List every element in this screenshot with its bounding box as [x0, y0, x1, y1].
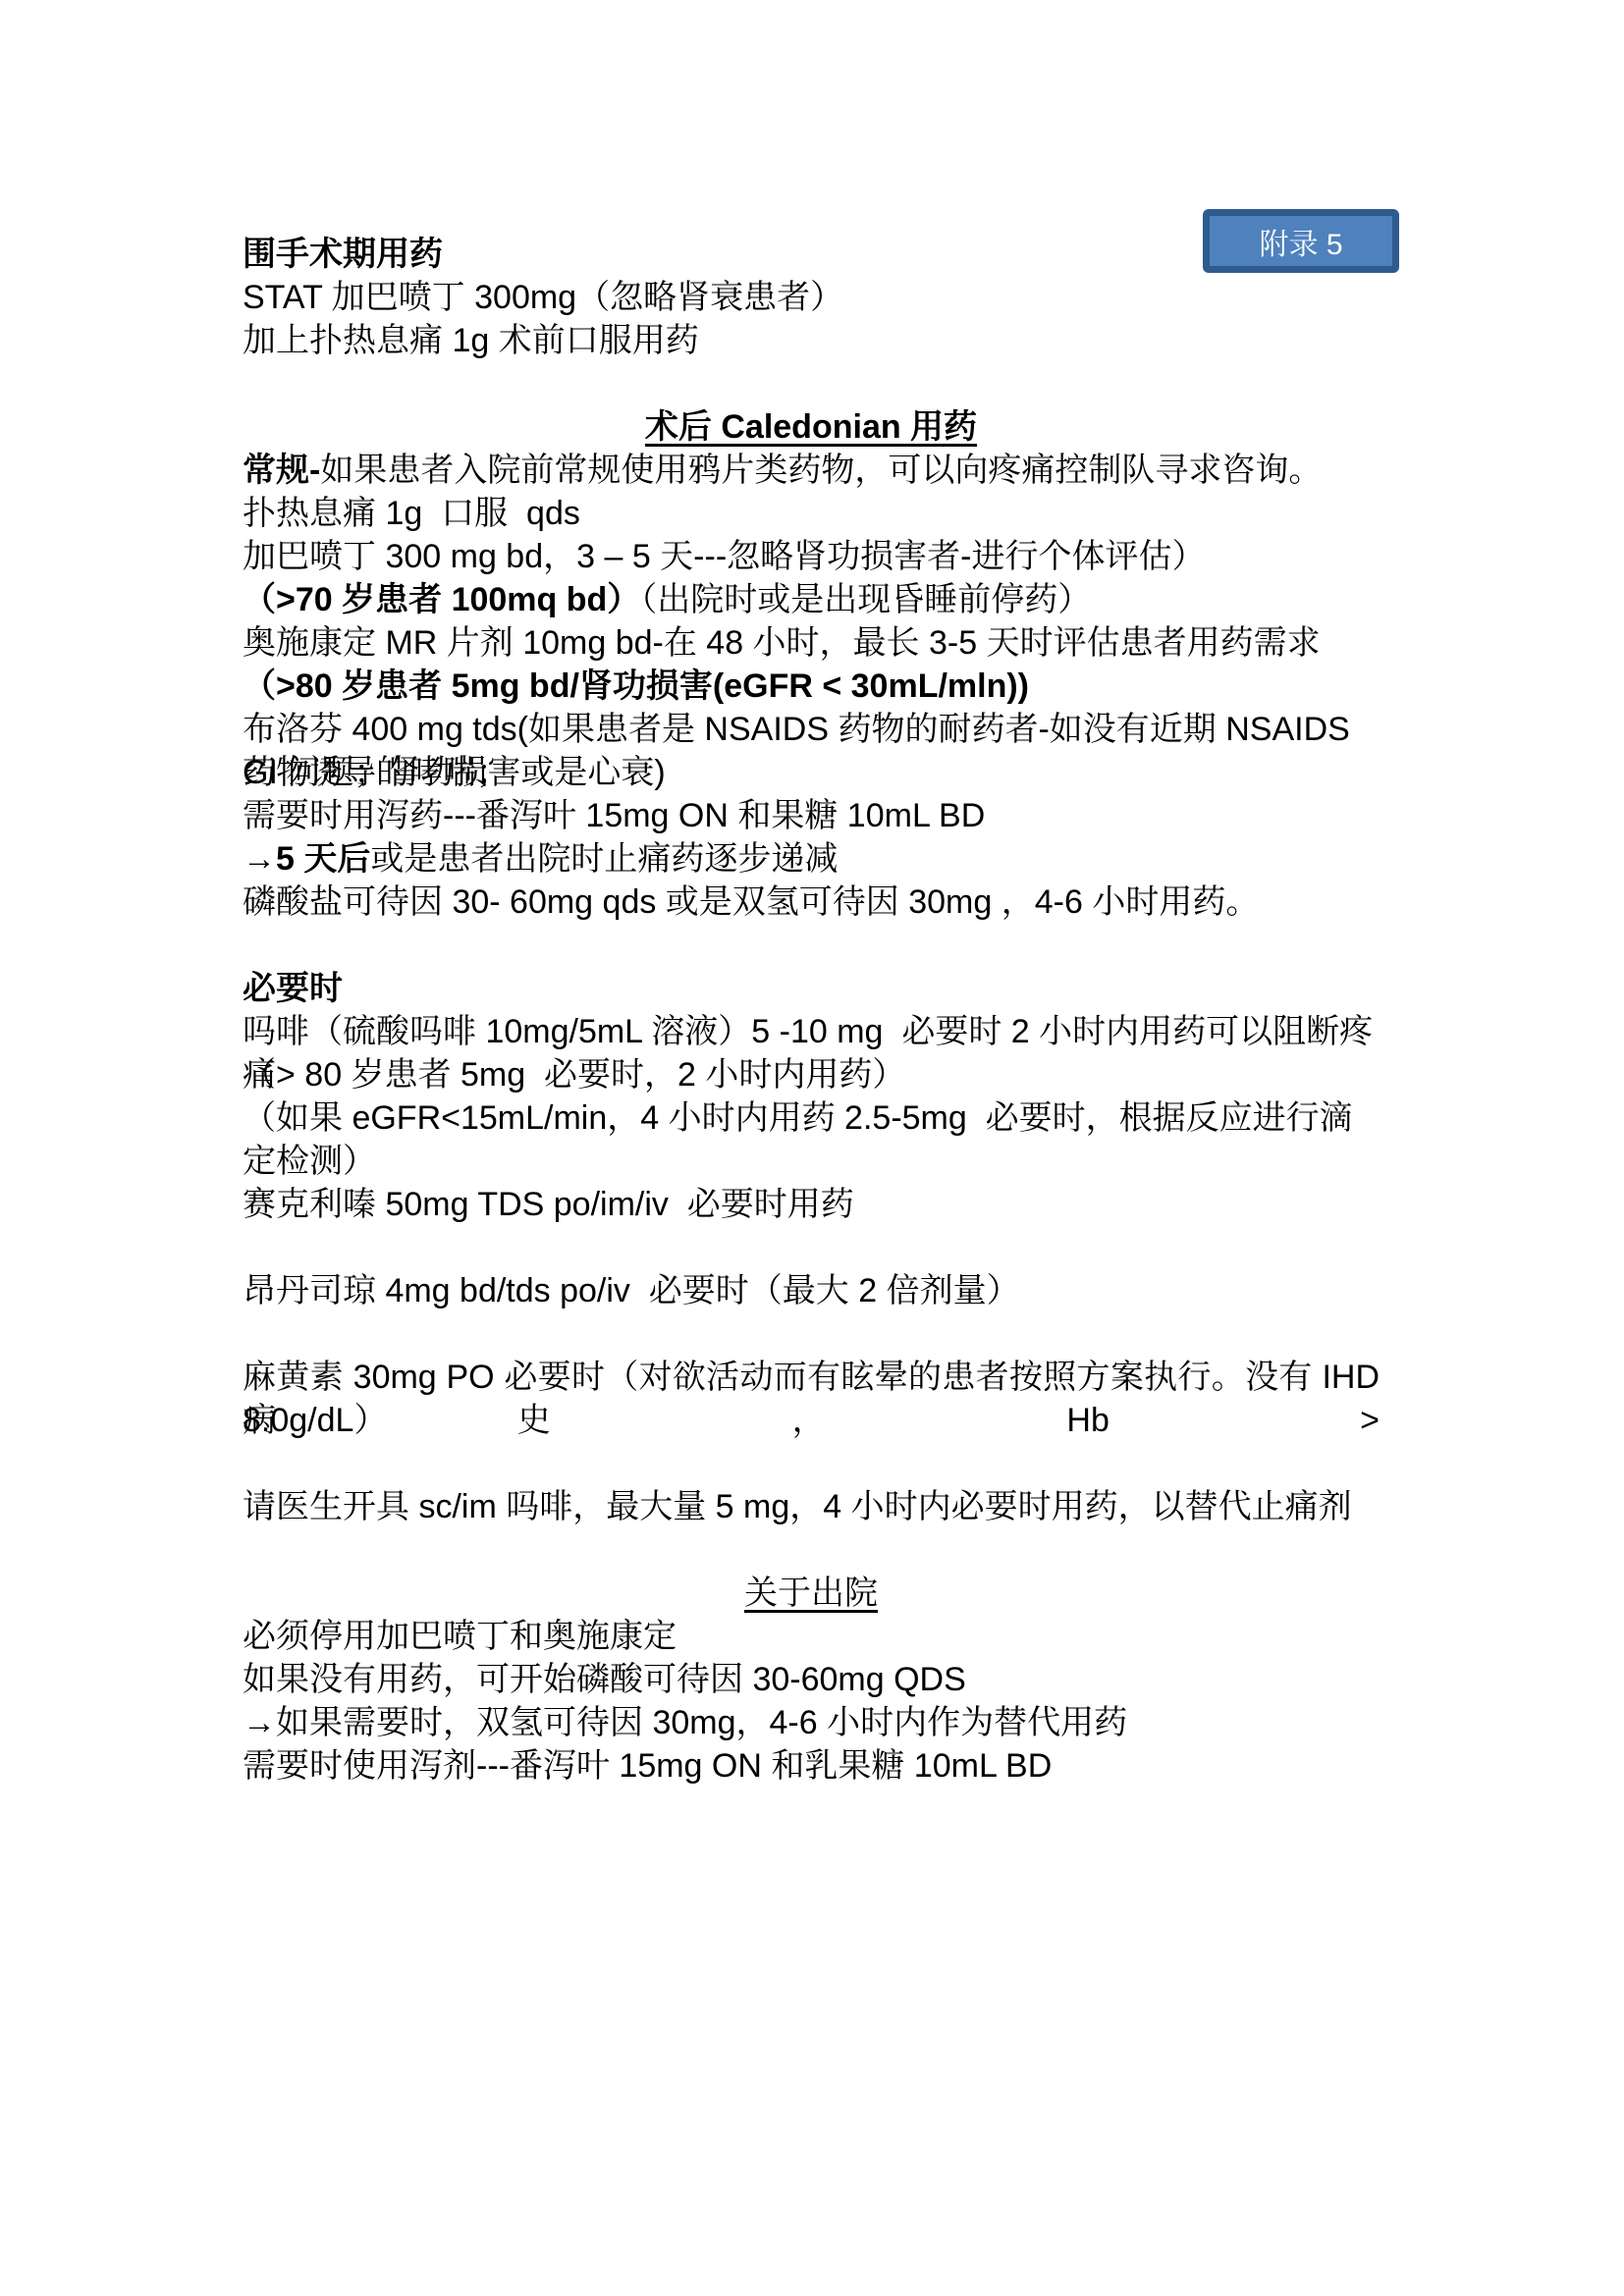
text-line: 吗啡（硫酸吗啡 10mg/5mL 溶液）5 -10 mg 必要时 2 小时内用药… — [243, 1010, 1380, 1053]
text-run: →如果需要时，双氢可待因 30mg，4-6 小时内作为替代用药 — [243, 1704, 1127, 1741]
text-line: 需要时用泻药---番泻叶 15mg ON 和果糖 10mL BD — [243, 794, 1380, 837]
text-line: 麻黄素 30mg PO 必要时（对欲活动而有眩晕的患者按照方案执行。没有 IHD… — [243, 1356, 1380, 1399]
text-line: 必须停用加巴喷丁和奥施康定 — [243, 1615, 1380, 1658]
text-run: （>80 岁患者 5mg bd/肾功损害(eGFR < 30mL/mln)) — [243, 667, 1029, 705]
blank-line — [243, 1312, 1380, 1356]
blank-line — [243, 1442, 1380, 1485]
text-line: （>80 岁患者 5mg bd/肾功损害(eGFR < 30mL/mln)) — [243, 665, 1380, 708]
blank-line — [243, 1528, 1380, 1572]
text-run: 如果没有用药，可开始磷酸可待因 30-60mg QDS — [243, 1661, 966, 1698]
text-run: 需要时使用泻剂---番泻叶 15mg ON 和乳果糖 10mL BD — [243, 1747, 1052, 1785]
document-body: 围手术期用药STAT 加巴喷丁 300mg（忽略肾衰患者）加上扑热息痛 1g 术… — [243, 233, 1380, 1788]
blank-line — [243, 362, 1380, 405]
text-run: 请医生开具 sc/im 吗啡，最大量 5 mg，4 小时内必要时用药，以替代止痛… — [243, 1488, 1352, 1525]
text-run: 围手术期用药 — [243, 236, 443, 273]
text-line: 加巴喷丁 300 mg bd，3 – 5 天---忽略肾功损害者-进行个体评估） — [243, 535, 1380, 578]
text-run: STAT 加巴喷丁 300mg（忽略肾衰患者） — [243, 279, 843, 316]
text-run: 奥施康定 MR 片剂 10mg bd-在 48 小时，最长 3-5 天时评估患者… — [243, 624, 1321, 662]
text-run: 常规- — [243, 452, 320, 489]
blank-line — [243, 924, 1380, 967]
text-run: 必要时 — [243, 970, 343, 1007]
text-run: 磷酸盐可待因 30- 60mg qds 或是双氢可待因 30mg ，4-6 小时… — [243, 883, 1259, 921]
text-line: 请医生开具 sc/im 吗啡，最大量 5 mg，4 小时内必要时用药，以替代止痛… — [243, 1485, 1380, 1528]
text-line: 加上扑热息痛 1g 术前口服用药 — [243, 319, 1380, 362]
text-run: 必须停用加巴喷丁和奥施康定 — [243, 1618, 677, 1655]
text-line: 常规-如果患者入院前常规使用鸦片类药物，可以向疼痛控制队寻求咨询。 — [243, 449, 1380, 492]
text-line: 如果没有用药，可开始磷酸可待因 30-60mg QDS — [243, 1658, 1380, 1701]
text-line: 磷酸盐可待因 30- 60mg qds 或是双氢可待因 30mg ，4-6 小时… — [243, 881, 1380, 924]
text-line: GI 问题；肾功损害或是心衰) — [243, 751, 1380, 794]
text-run: →5 天后 — [243, 840, 370, 878]
text-run: 扑热息痛 1g 口服 qds — [243, 495, 580, 532]
text-run: 术后 Caledonian 用药 — [645, 408, 977, 446]
text-line: （> 80 岁患者 5mg 必要时，2 小时内用药） — [243, 1053, 1380, 1096]
text-run: 加上扑热息痛 1g 术前口服用药 — [243, 322, 699, 359]
text-run: 关于出院 — [744, 1575, 878, 1612]
section-heading-discharge: 关于出院 — [243, 1572, 1380, 1615]
text-line: 昂丹司琼 4mg bd/tds po/iv 必要时（最大 2 倍剂量） — [243, 1269, 1380, 1312]
text-line: STAT 加巴喷丁 300mg（忽略肾衰患者） — [243, 276, 1380, 319]
section-heading-prn: 必要时 — [243, 967, 1380, 1010]
text-line: 奥施康定 MR 片剂 10mg bd-在 48 小时，最长 3-5 天时评估患者… — [243, 621, 1380, 665]
section-heading-perioperative: 围手术期用药 — [243, 233, 1380, 276]
text-run: 如果患者入院前常规使用鸦片类药物，可以向疼痛控制队寻求咨询。 — [320, 452, 1322, 489]
text-line: 布洛芬 400 mg tds(如果患者是 NSAIDS 药物的耐药者-如没有近期… — [243, 708, 1380, 751]
text-run: 需要时用泻药---番泻叶 15mg ON 和果糖 10mL BD — [243, 797, 985, 834]
text-run: 赛克利嗪 50mg TDS po/im/iv 必要时用药 — [243, 1186, 854, 1223]
text-line: →5 天后或是患者出院时止痛药逐步递减 — [243, 837, 1380, 881]
document-page: 附录 5 围手术期用药STAT 加巴喷丁 300mg（忽略肾衰患者）加上扑热息痛… — [0, 0, 1624, 2296]
blank-line — [243, 1226, 1380, 1269]
text-run: 麻黄素 30mg PO 必要时（对欲活动而有眩晕的患者按照方案执行。没有 IHD… — [243, 1359, 1380, 1439]
text-run: （>70 岁患者 100mq bd） — [243, 581, 640, 618]
text-run: 加巴喷丁 300 mg bd，3 – 5 天---忽略肾功损害者-进行个体评估） — [243, 538, 1205, 575]
text-line: 赛克利嗪 50mg TDS po/im/iv 必要时用药 — [243, 1183, 1380, 1226]
text-line: 需要时使用泻剂---番泻叶 15mg ON 和乳果糖 10mL BD — [243, 1744, 1380, 1788]
text-run: （出院时或是出现昏睡前停药） — [640, 581, 1091, 618]
text-line: （>70 岁患者 100mq bd）（出院时或是出现昏睡前停药） — [243, 578, 1380, 621]
text-line: 扑热息痛 1g 口服 qds — [243, 492, 1380, 535]
text-run: GI 问题；肾功损害或是心衰) — [243, 754, 666, 791]
text-run: 8.0g/dL） — [243, 1402, 387, 1439]
blank-line — [243, 1140, 1380, 1183]
text-run: 昂丹司琼 4mg bd/tds po/iv 必要时（最大 2 倍剂量） — [243, 1272, 1020, 1309]
text-line: →如果需要时，双氢可待因 30mg，4-6 小时内作为替代用药 — [243, 1701, 1380, 1744]
text-run: 或是患者出院时止痛药逐步递减 — [370, 840, 838, 878]
section-heading-postop-caledonian: 术后 Caledonian 用药 — [243, 405, 1380, 449]
text-run: （> 80 岁患者 5mg 必要时，2 小时内用药） — [243, 1056, 905, 1094]
text-line: （如果 eGFR<15mL/min，4 小时内用药 2.5-5mg 必要时，根据… — [243, 1096, 1380, 1140]
